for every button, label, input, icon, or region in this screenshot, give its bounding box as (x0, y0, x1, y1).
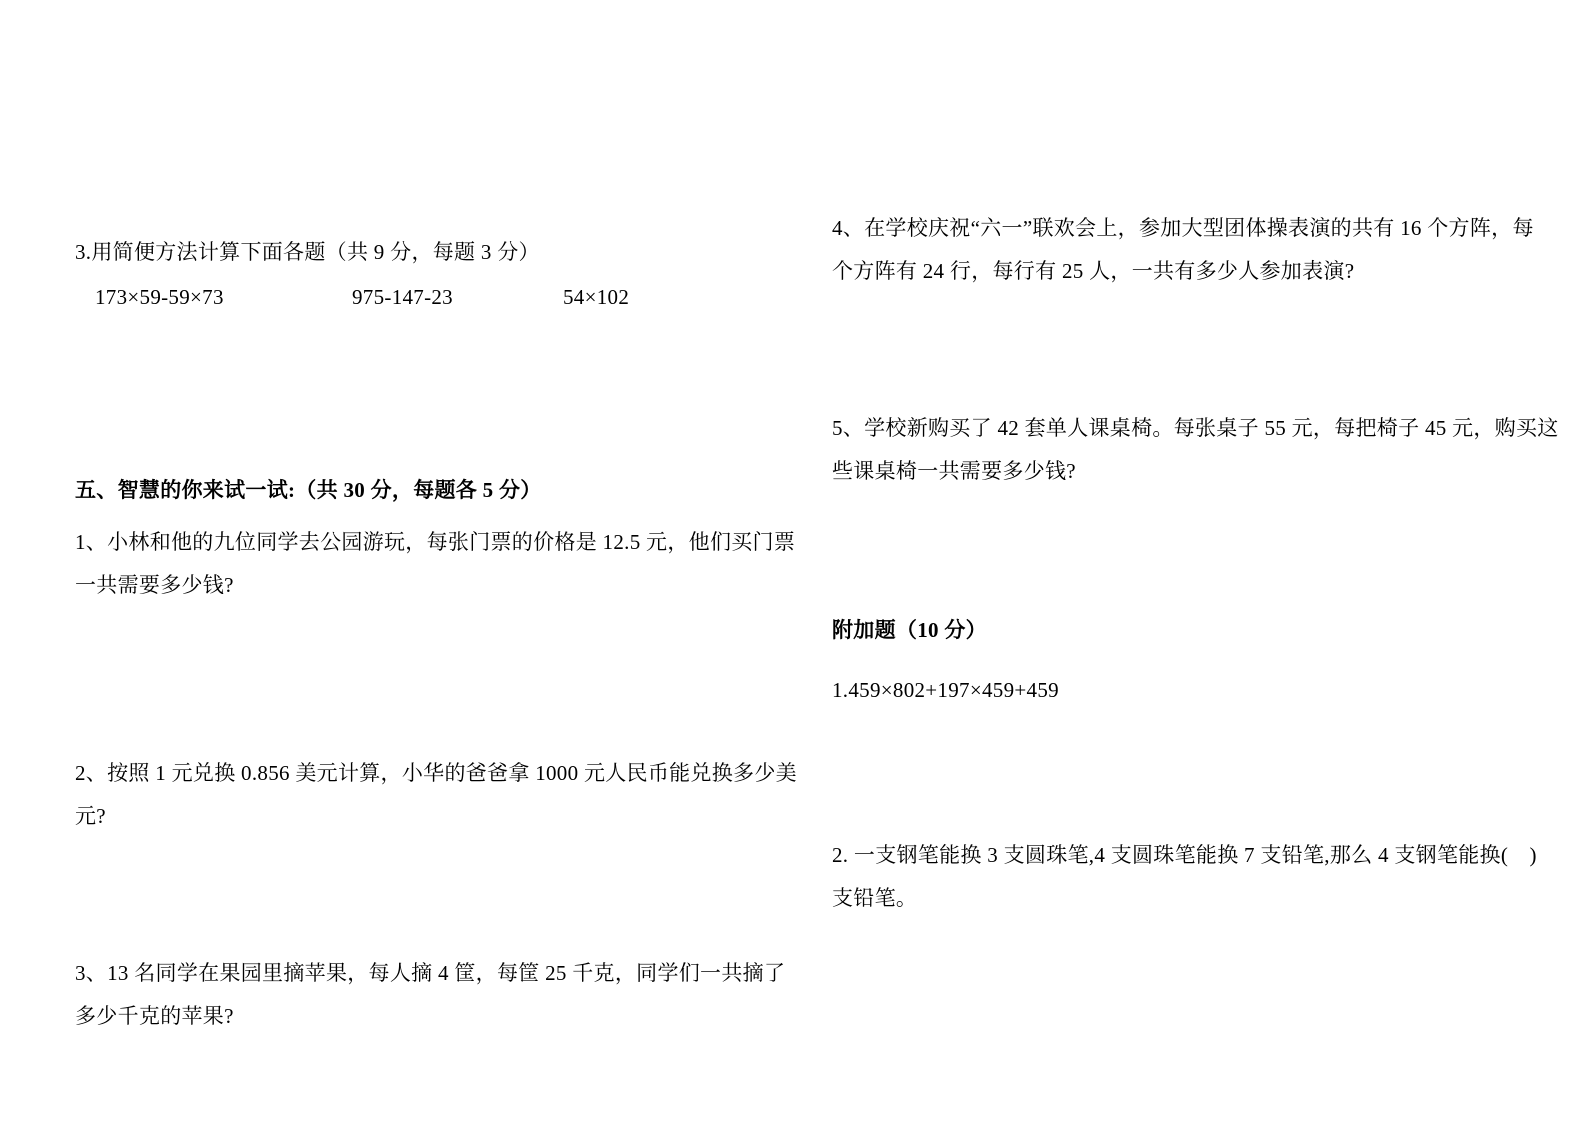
bonus-question-2-line-2: 支铅笔。 (832, 877, 917, 920)
question-2-line-1: 2、按照 1 元兑换 0.856 美元计算，小华的爸爸拿 1000 元人民币能兑… (75, 752, 797, 795)
section-five-header: 五、智慧的你来试一试:（共 30 分，每题各 5 分） (75, 469, 542, 512)
question-1-line-2: 一共需要多少钱? (75, 564, 234, 607)
question-4-line-2: 个方阵有 24 行，每行有 25 人，一共有多少人参加表演? (832, 250, 1354, 293)
bonus-question-1-expression: 1.459×802+197×459+459 (832, 669, 1059, 712)
question-4-line-1: 4、在学校庆祝“六一”联欢会上，参加大型团体操表演的共有 16 个方阵，每 (832, 207, 1534, 250)
question-2-line-2: 元? (75, 795, 106, 838)
calc-expression-1: 173×59-59×73 (95, 276, 224, 319)
question-3-line-2: 多少千克的苹果? (75, 995, 234, 1038)
calc-expression-2: 975-147-23 (352, 276, 453, 319)
bonus-question-2-line-1: 2. 一支钢笔能换 3 支圆珠笔,4 支圆珠笔能换 7 支铅笔,那么 4 支钢笔… (832, 834, 1537, 877)
calc-expression-3: 54×102 (563, 276, 629, 319)
question-3-line-1: 3、13 名同学在果园里摘苹果，每人摘 4 筐，每筐 25 千克，同学们一共摘了 (75, 952, 785, 995)
question-1-line-1: 1、小林和他的九位同学去公园游玩，每张门票的价格是 12.5 元，他们买门票 (75, 521, 795, 564)
question-5-line-1: 5、学校新购买了 42 套单人课桌椅。每张桌子 55 元，每把椅子 45 元，购… (832, 407, 1559, 450)
bonus-section-header: 附加题（10 分） (832, 609, 987, 652)
calc-section-header: 3.用简便方法计算下面各题（共 9 分，每题 3 分） (75, 231, 540, 274)
question-5-line-2: 些课桌椅一共需要多少钱? (832, 450, 1076, 493)
worksheet-page: 3.用简便方法计算下面各题（共 9 分，每题 3 分） 173×59-59×73… (0, 0, 1587, 1122)
